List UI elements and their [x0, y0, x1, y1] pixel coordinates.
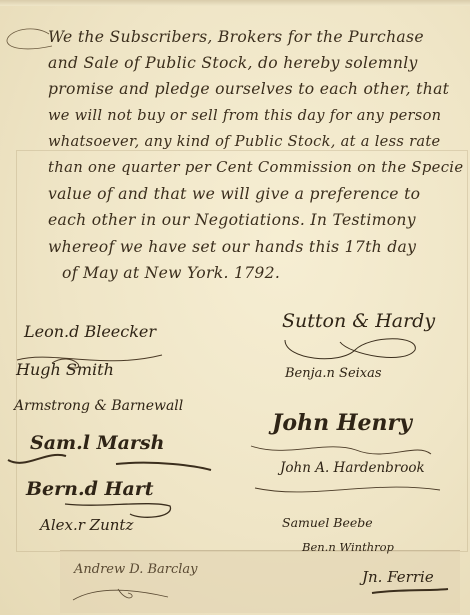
text-line: whereof we have set our hands this 17th …	[48, 234, 468, 260]
signature: Ben.n Winthrop	[302, 540, 394, 554]
text-line: we will not buy or sell from this day fo…	[48, 103, 468, 129]
signature: Armstrong & Barnewall	[14, 398, 183, 414]
signature: John A. Hardenbrook	[280, 460, 425, 476]
signature: Alex.r Zuntz	[40, 516, 133, 534]
text-line: and Sale of Public Stock, do hereby sole…	[48, 50, 468, 76]
text-line: of May at New York. 1792.	[48, 260, 468, 286]
signature-flourish-icon	[280, 330, 430, 370]
document-page: We the Subscribers, Brokers for the Purc…	[0, 0, 470, 615]
signature: John Henry	[272, 410, 412, 436]
signature-flourish-icon	[250, 480, 450, 508]
agreement-text: We the Subscribers, Brokers for the Purc…	[48, 24, 468, 286]
text-line: than one quarter per Cent Commission on …	[48, 155, 468, 181]
signature: Jn. Ferrie	[362, 568, 434, 586]
signature: Bern.d Hart	[26, 478, 154, 500]
text-line: value of and that we will give a prefere…	[48, 181, 468, 207]
text-line: promise and pledge ourselves to each oth…	[48, 76, 468, 102]
text-line: each other in our Negotiations. In Testi…	[48, 207, 468, 233]
text-line: We the Subscribers, Brokers for the Purc…	[48, 24, 468, 50]
signature: Sutton & Hardy	[282, 310, 435, 332]
signature: Hugh Smith	[16, 360, 114, 379]
signature: Andrew D. Barclay	[74, 562, 198, 577]
text-line: whatsoever, any kind of Public Stock, at…	[48, 129, 468, 155]
top-edge	[0, 0, 470, 6]
signature: Leon.d Bleecker	[24, 322, 156, 341]
signature: Benja.n Seixas	[285, 366, 382, 381]
signature: Sam.l Marsh	[30, 432, 164, 454]
signature: Samuel Beebe	[282, 515, 373, 530]
